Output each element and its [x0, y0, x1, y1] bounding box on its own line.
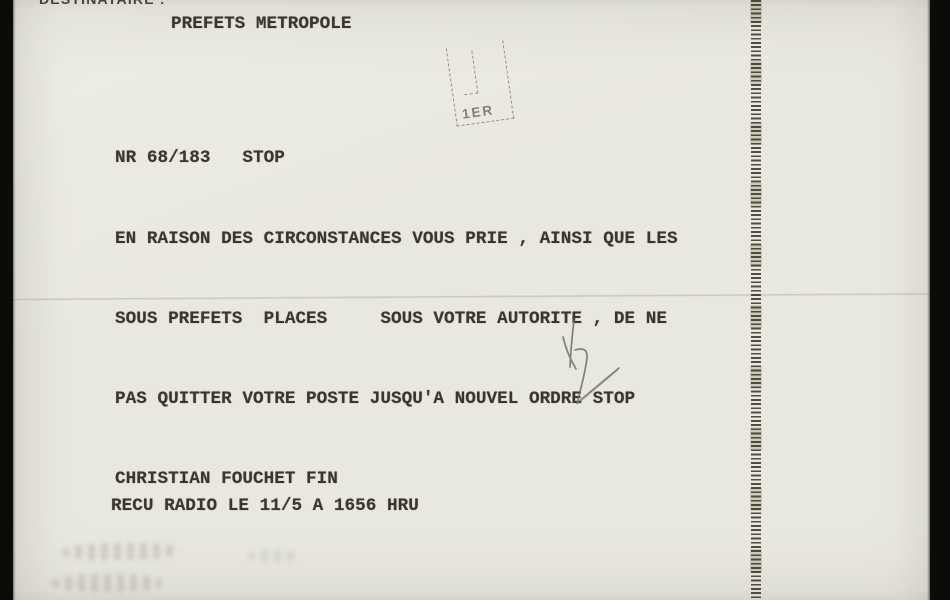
ink-bleedthrough	[248, 550, 300, 562]
scan-right-edge	[930, 0, 950, 600]
ink-bleedthrough	[52, 574, 162, 592]
scan-left-edge	[0, 0, 13, 600]
receipt-line: RECU RADIO LE 11/5 A 1656 HRU	[111, 496, 419, 516]
stamp-text: 1ER	[461, 102, 495, 121]
destinataire-form-label: DESTINATAIRE :	[39, 0, 166, 7]
pencil-checkmark	[553, 310, 631, 410]
telegram-paper: DESTINATAIRE : PREFETS METROPOLE NR 68/1…	[0, 0, 950, 600]
message-line-signature: CHRISTIAN FOUCHET FIN	[115, 466, 678, 493]
message-line: EN RAISON DES CIRCONSTANCES VOUS PRIE , …	[115, 226, 678, 253]
message-line-number: NR 68/183 STOP	[115, 145, 678, 172]
scanned-telegram-document: DESTINATAIRE : PREFETS METROPOLE NR 68/1…	[0, 0, 950, 600]
stamp-inner-mark	[459, 51, 479, 96]
date-stamp: 1ER	[446, 40, 514, 126]
perforation-strip	[750, 0, 762, 600]
recipient-line: PREFETS METROPOLE	[171, 14, 351, 34]
